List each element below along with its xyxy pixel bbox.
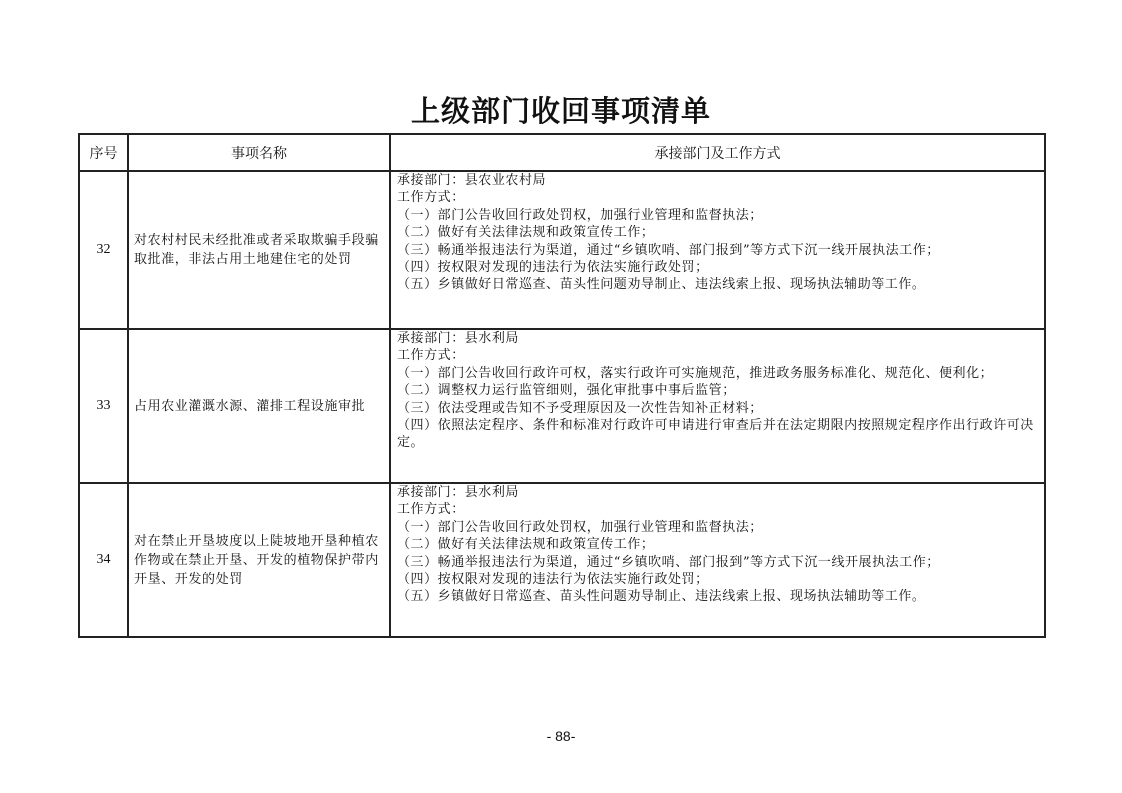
items-table: 序号 事项名称 承接部门及工作方式 32 对农村村民未经批准或者采取欺骗手段骗取… (78, 133, 1046, 638)
item-name: 对农村村民未经批准或者采取欺骗手段骗取批准，非法占用土地建住宅的处罚 (128, 171, 390, 329)
method-item: （三）依法受理或告知不予受理原因及一次性告知补正材料； (397, 400, 1040, 417)
method-item: （四）按权限对发现的违法行为依法实施行政处罚； (397, 571, 1040, 588)
department-method: 承接部门：县水利局 工作方式： （一）部门公告收回行政许可权，落实行政许可实施规… (390, 329, 1045, 483)
column-header-no: 序号 (79, 134, 128, 171)
method-label: 工作方式： (397, 501, 1040, 518)
row-number: 33 (79, 329, 128, 483)
method-item: （一）部门公告收回行政处罚权，加强行业管理和监督执法； (397, 207, 1040, 224)
row-number: 34 (79, 483, 128, 637)
table-row: 34 对在禁止开垦坡度以上陡坡地开垦种植农作物或在禁止开垦、开发的植物保护带内开… (79, 483, 1045, 637)
department-method: 承接部门：县农业农村局 工作方式： （一）部门公告收回行政处罚权，加强行业管理和… (390, 171, 1045, 329)
row-number: 32 (79, 171, 128, 329)
department-line: 承接部门：县农业农村局 (397, 172, 1040, 189)
method-item: （一）部门公告收回行政许可权，落实行政许可实施规范，推进政务服务标准化、规范化、… (397, 365, 1040, 382)
department-method: 承接部门：县水利局 工作方式： （一）部门公告收回行政处罚权，加强行业管理和监督… (390, 483, 1045, 637)
table-row: 32 对农村村民未经批准或者采取欺骗手段骗取批准，非法占用土地建住宅的处罚 承接… (79, 171, 1045, 329)
method-item: （二）调整权力运行监管细则，强化审批事中事后监管； (397, 382, 1040, 399)
page-number: - 88- (0, 728, 1122, 744)
method-item: （四）按权限对发现的违法行为依法实施行政处罚； (397, 259, 1040, 276)
method-label: 工作方式： (397, 189, 1040, 206)
department-line: 承接部门：县水利局 (397, 330, 1040, 347)
item-name: 对在禁止开垦坡度以上陡坡地开垦种植农作物或在禁止开垦、开发的植物保护带内开垦、开… (128, 483, 390, 637)
method-item: （三）畅通举报违法行为渠道，通过“乡镇吹哨、部门报到”等方式下沉一线开展执法工作… (397, 242, 1040, 259)
method-item: （五）乡镇做好日常巡查、苗头性问题劝导制止、违法线索上报、现场执法辅助等工作。 (397, 588, 1040, 605)
page-title: 上级部门收回事项清单 (0, 93, 1122, 129)
column-header-item-name: 事项名称 (128, 134, 390, 171)
method-item: （三）畅通举报违法行为渠道，通过“乡镇吹哨、部门报到”等方式下沉一线开展执法工作… (397, 554, 1040, 571)
item-name: 占用农业灌溉水源、灌排工程设施审批 (128, 329, 390, 483)
table-header-row: 序号 事项名称 承接部门及工作方式 (79, 134, 1045, 171)
method-item: （四）依照法定程序、条件和标准对行政许可申请进行审查后并在法定期限内按照规定程序… (397, 417, 1040, 452)
column-header-department-method: 承接部门及工作方式 (390, 134, 1045, 171)
method-item: （二）做好有关法律法规和政策宣传工作； (397, 536, 1040, 553)
method-item: （五）乡镇做好日常巡查、苗头性问题劝导制止、违法线索上报、现场执法辅助等工作。 (397, 276, 1040, 293)
department-line: 承接部门：县水利局 (397, 484, 1040, 501)
method-label: 工作方式： (397, 347, 1040, 364)
table-row: 33 占用农业灌溉水源、灌排工程设施审批 承接部门：县水利局 工作方式： （一）… (79, 329, 1045, 483)
method-item: （二）做好有关法律法规和政策宣传工作； (397, 224, 1040, 241)
method-item: （一）部门公告收回行政处罚权，加强行业管理和监督执法； (397, 519, 1040, 536)
